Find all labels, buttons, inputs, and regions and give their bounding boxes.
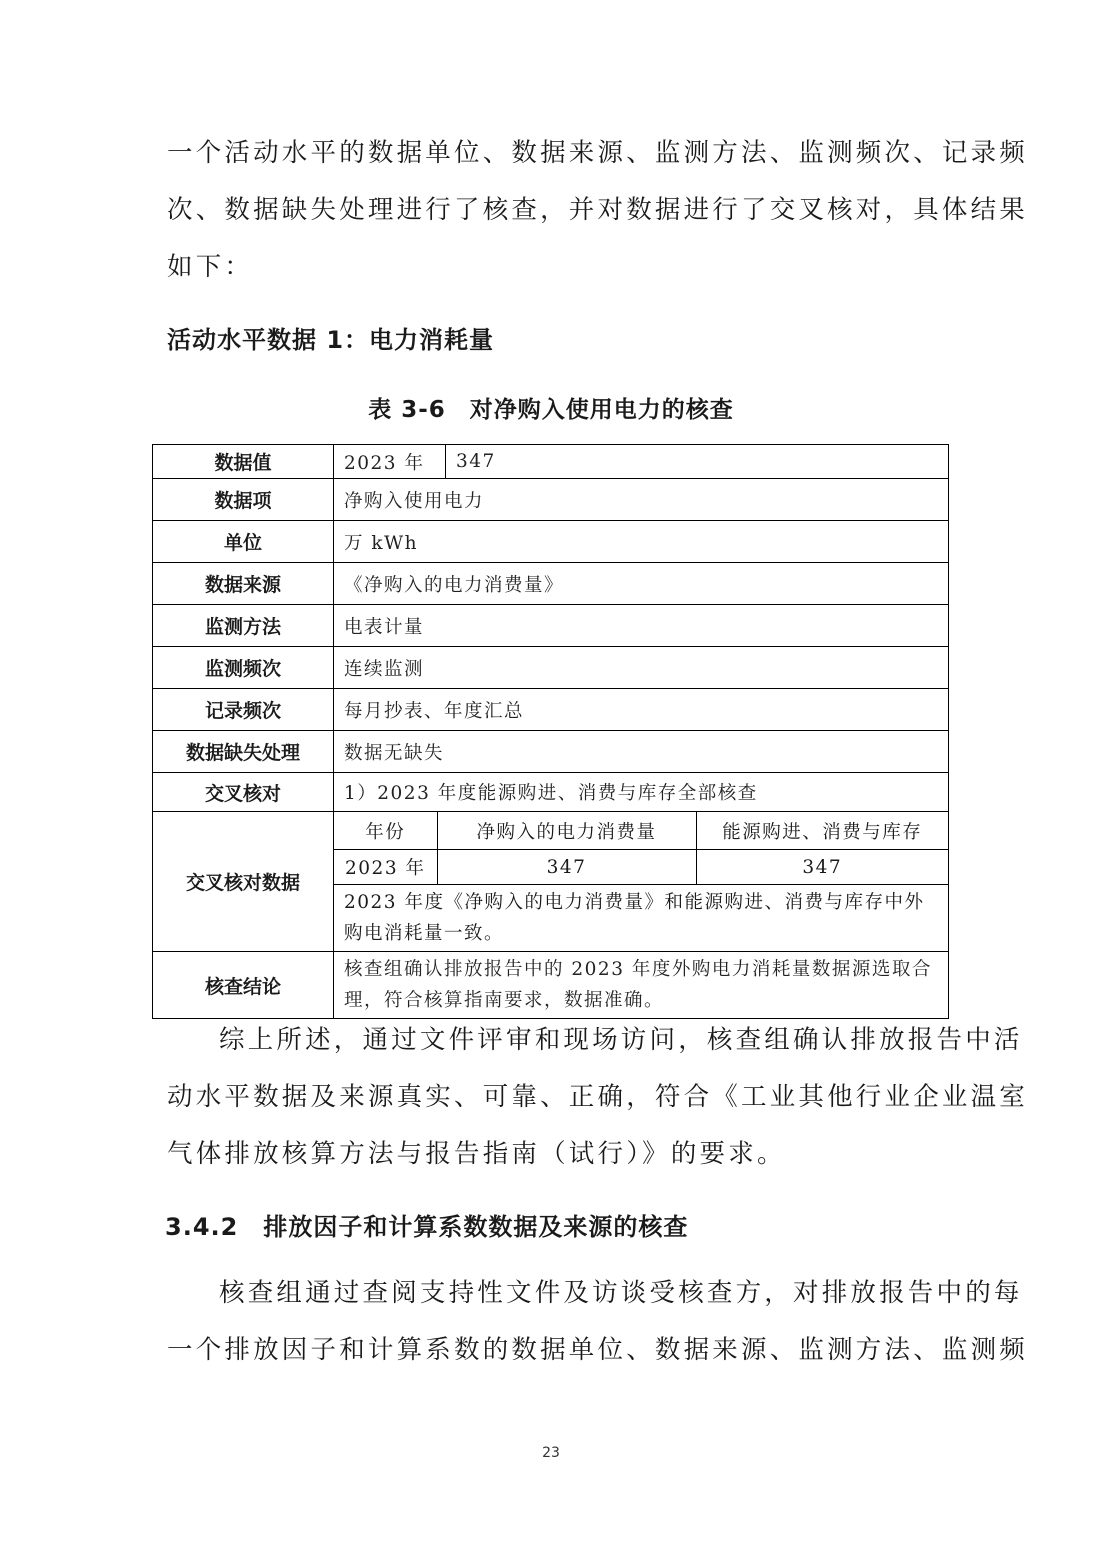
table-row: 数据项 净购入使用电力 [153, 479, 949, 521]
row-value: 净购入使用电力 [334, 479, 949, 521]
subtable-row: 2023 年 347 347 [334, 850, 948, 885]
table-row: 核查结论 核查组确认排放报告中的 2023 年度外购电力消耗量数据源选取合理，符… [153, 952, 949, 1019]
row-value: 电表计量 [334, 605, 949, 647]
summary-line: 综上所述，通过文件评审和现场访问，核查组确认排放报告中活 [167, 1012, 939, 1069]
table-row: 数据来源 《净购入的电力消费量》 [153, 563, 949, 605]
table-row: 数据值 2023 年 347 [153, 445, 949, 479]
table-row: 数据缺失处理 数据无缺失 [153, 731, 949, 773]
row-label: 核查结论 [153, 952, 334, 1019]
row-label: 数据来源 [153, 563, 334, 605]
intro-line: 一个活动水平的数据单位、数据来源、监测方法、监测频次、记录频 [167, 125, 939, 182]
row-label: 数据缺失处理 [153, 731, 334, 773]
table-row: 交叉核对 1）2023 年度能源购进、消费与库存全部核查 [153, 773, 949, 812]
subtable-note-row: 2023 年度《净购入的电力消费量》和能源购进、消费与库存中外购电消耗量一致。 [334, 885, 948, 952]
intro-line: 如下： [167, 239, 939, 296]
subtable-header-row: 年份 净购入的电力消费量 能源购进、消费与库存 [334, 812, 948, 850]
subtable-cell: 347 [437, 850, 696, 885]
closing-line: 核查组通过查阅支持性文件及访谈受核查方，对排放报告中的每 [167, 1265, 939, 1322]
data-value: 347 [446, 445, 949, 479]
row-value: 每月抄表、年度汇总 [334, 689, 949, 731]
row-label: 单位 [153, 521, 334, 563]
row-value: 1）2023 年度能源购进、消费与库存全部核查 [334, 773, 949, 812]
summary-line: 气体排放核算方法与报告指南（试行）》的要求。 [167, 1126, 939, 1183]
row-label: 交叉核对 [153, 773, 334, 812]
closing-line: 一个排放因子和计算系数的数据单位、数据来源、监测方法、监测频 [167, 1322, 939, 1379]
row-value: 数据无缺失 [334, 731, 949, 773]
row-label: 记录频次 [153, 689, 334, 731]
verification-table: 数据值 2023 年 347 数据项 净购入使用电力 单位 万 kWh 数据来源… [152, 444, 949, 1019]
row-value: 《净购入的电力消费量》 [334, 563, 949, 605]
table-row: 记录频次 每月抄表、年度汇总 [153, 689, 949, 731]
table-row: 监测频次 连续监测 [153, 647, 949, 689]
row-label: 监测方法 [153, 605, 334, 647]
subtable-cell: 2023 年 [334, 850, 437, 885]
cross-check-subtable: 年份 净购入的电力消费量 能源购进、消费与库存 2023 年 347 347 2… [334, 812, 948, 951]
row-label: 数据值 [153, 445, 334, 479]
data-year: 2023 年 [334, 445, 446, 479]
closing-paragraph: 核查组通过查阅支持性文件及访谈受核查方，对排放报告中的每 一个排放因子和计算系数… [167, 1265, 939, 1379]
summary-paragraph: 综上所述，通过文件评审和现场访问，核查组确认排放报告中活 动水平数据及来源真实、… [167, 1012, 939, 1183]
intro-paragraph: 一个活动水平的数据单位、数据来源、监测方法、监测频次、记录频 次、数据缺失处理进… [167, 125, 939, 296]
subtable-header: 年份 [334, 812, 437, 850]
table-row: 监测方法 电表计量 [153, 605, 949, 647]
intro-line: 次、数据缺失处理进行了核查，并对数据进行了交叉核对，具体结果 [167, 182, 939, 239]
summary-line: 动水平数据及来源真实、可靠、正确，符合《工业其他行业企业温室 [167, 1069, 939, 1126]
row-value: 连续监测 [334, 647, 949, 689]
row-label: 交叉核对数据 [153, 812, 334, 952]
subtable-header: 能源购进、消费与库存 [696, 812, 948, 850]
page-number: 23 [0, 1445, 1102, 1461]
subsection-heading: 3.4.2 排放因子和计算系数数据及来源的核查 [165, 1207, 688, 1242]
row-label: 监测频次 [153, 647, 334, 689]
subtable-header: 净购入的电力消费量 [437, 812, 696, 850]
conclusion-value: 核查组确认排放报告中的 2023 年度外购电力消耗量数据源选取合理，符合核算指南… [334, 952, 949, 1019]
row-label: 数据项 [153, 479, 334, 521]
cross-check-note: 2023 年度《净购入的电力消费量》和能源购进、消费与库存中外购电消耗量一致。 [334, 885, 948, 952]
table-row: 交叉核对数据 年份 净购入的电力消费量 能源购进、消费与库存 2023 年 34… [153, 812, 949, 952]
table-caption: 表 3-6 对净购入使用电力的核查 [0, 391, 1102, 424]
cross-check-data-cell: 年份 净购入的电力消费量 能源购进、消费与库存 2023 年 347 347 2… [334, 812, 949, 952]
row-value: 万 kWh [334, 521, 949, 563]
subtable-cell: 347 [696, 850, 948, 885]
table-row: 单位 万 kWh [153, 521, 949, 563]
section-heading: 活动水平数据 1：电力消耗量 [167, 320, 494, 355]
